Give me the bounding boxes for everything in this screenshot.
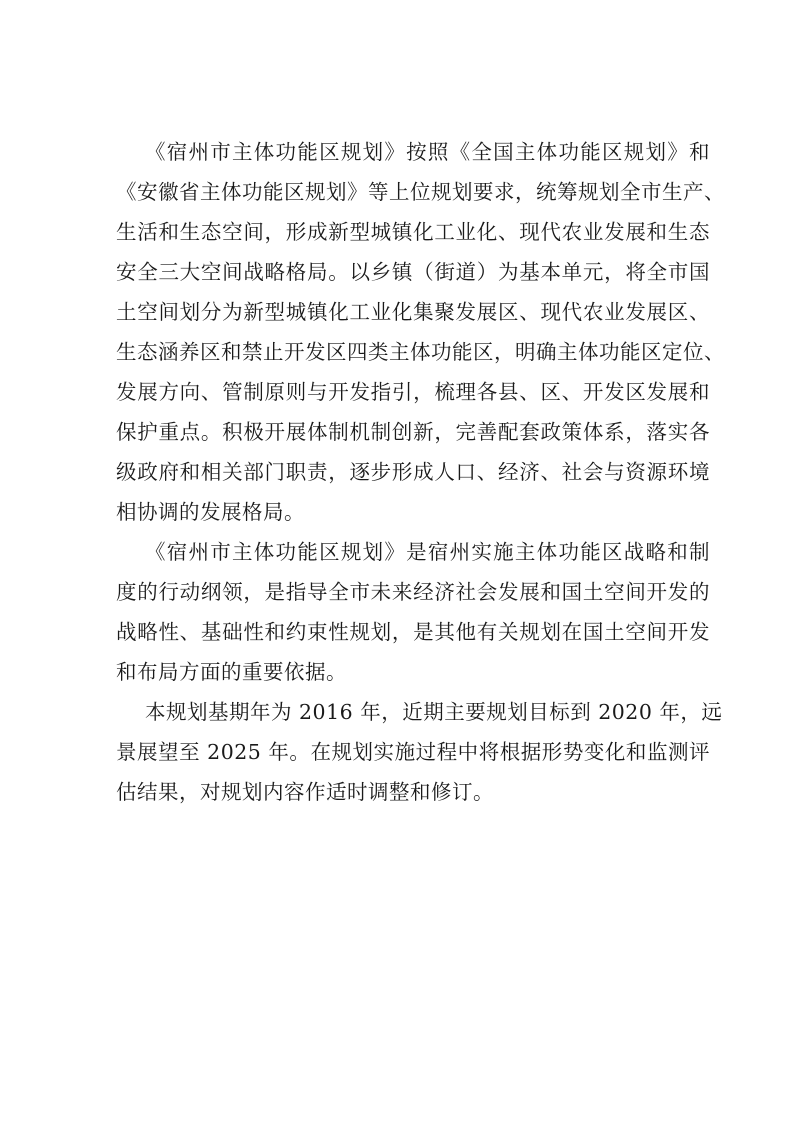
text-line: 生活和生态空间，形成新型城镇化工业化、现代农业发展和生态 <box>116 212 710 252</box>
text-line: 估结果，对规划内容作适时调整和修订。 <box>116 772 710 812</box>
text-line: 保护重点。积极开展体制机制创新，完善配套政策体系，落实各 <box>116 412 710 452</box>
text-line: 景展望至 2025 年。在规划实施过程中将根据形势变化和监测评 <box>116 732 710 772</box>
text-line: 本规划基期年为 2016 年，近期主要规划目标到 2020 年，远 <box>145 692 710 732</box>
text-line: 土空间划分为新型城镇化工业化集聚发展区、现代农业发展区、 <box>116 292 710 332</box>
text-line: 级政府和相关部门职责，逐步形成人口、经济、社会与资源环境 <box>116 452 710 492</box>
text-line: 相协调的发展格局。 <box>116 492 710 532</box>
text-line: 度的行动纲领，是指导全市未来经济社会发展和国土空间开发的 <box>116 572 710 612</box>
text-line: 安全三大空间战略格局。以乡镇（街道）为基本单元，将全市国 <box>116 252 710 292</box>
text-line: 《宿州市主体功能区规划》是宿州实施主体功能区战略和制 <box>145 532 710 572</box>
text-line: 生态涵养区和禁止开发区四类主体功能区，明确主体功能区定位、 <box>116 332 710 372</box>
text-line: 和布局方面的重要依据。 <box>116 652 710 692</box>
document-page: 《宿州市主体功能区规划》按照《全国主体功能区规划》和 《安徽省主体功能区规划》等… <box>0 0 793 1122</box>
text-line: 发展方向、管制原则与开发指引，梳理各县、区、开发区发展和 <box>116 372 710 412</box>
text-line: 《安徽省主体功能区规划》等上位规划要求，统筹规划全市生产、 <box>116 172 710 212</box>
text-line: 战略性、基础性和约束性规划，是其他有关规划在国土空间开发 <box>116 612 710 652</box>
text-line: 《宿州市主体功能区规划》按照《全国主体功能区规划》和 <box>145 132 710 172</box>
